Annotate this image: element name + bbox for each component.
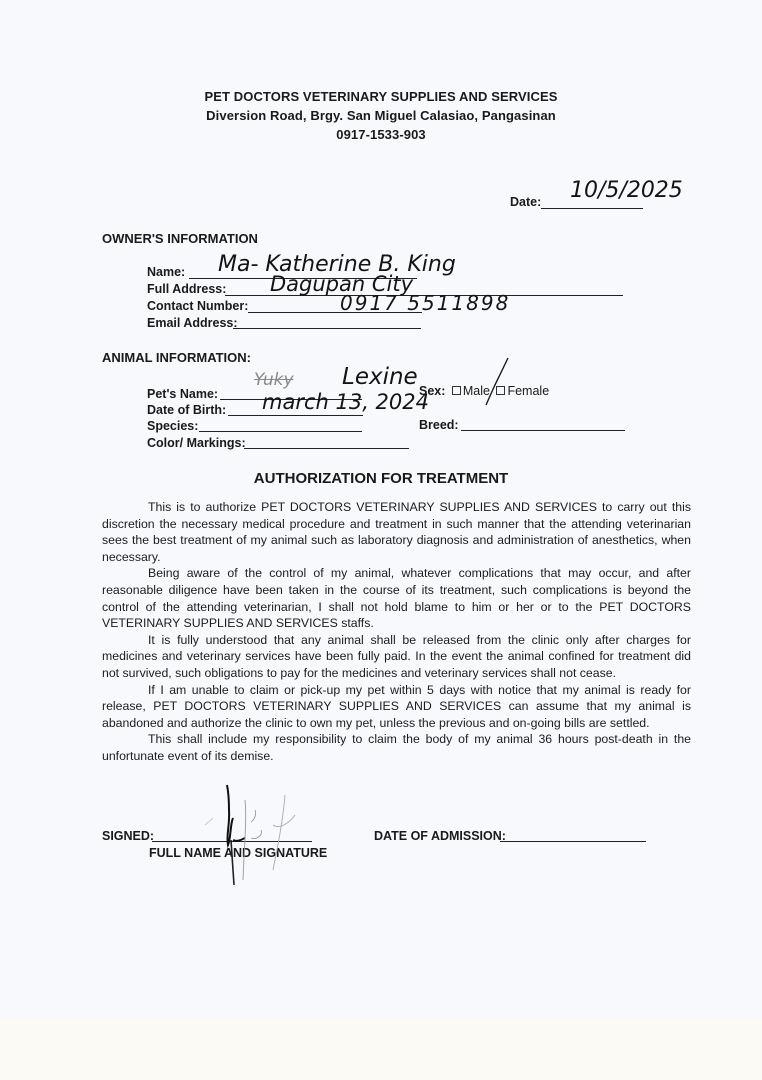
admission-label: DATE OF ADMISSION: (374, 829, 506, 843)
pets-name-value: Lexine (342, 366, 418, 389)
clinic-name: PET DOCTORS VETERINARY SUPPLIES AND SERV… (0, 89, 762, 104)
contact-label: Contact Number: (147, 299, 248, 313)
clinic-phone: 0917-1533-903 (0, 127, 762, 142)
pets-name-crossed-out: Yuky (254, 372, 294, 389)
signed-label: SIGNED: (102, 829, 154, 843)
dob-field-line[interactable] (228, 415, 363, 416)
email-field-line[interactable] (233, 328, 421, 329)
authorization-paragraph: This shall include my responsibility to … (102, 731, 691, 764)
email-label: Email Address: (147, 316, 238, 330)
admission-field-line[interactable] (500, 841, 646, 842)
color-markings-field-line[interactable] (244, 448, 409, 449)
species-field-line[interactable] (199, 431, 362, 432)
authorization-body: This is to authorize PET DOCTORS VETERIN… (102, 499, 691, 765)
owner-contact-value: 0917 5511898 (340, 293, 510, 313)
breed-label: Breed: (419, 418, 459, 432)
dob-label: Date of Birth: (147, 403, 226, 417)
pets-name-label: Pet's Name: (147, 387, 218, 401)
date-field-line[interactable] (541, 208, 643, 209)
color-markings-label: Color/ Markings: (147, 436, 246, 450)
dob-value: march 13, 2024 (262, 392, 429, 413)
authorization-title: AUTHORIZATION FOR TREATMENT (0, 470, 762, 487)
date-value: 10/5/2025 (570, 180, 683, 202)
male-checkbox[interactable] (452, 386, 461, 395)
clinic-address: Diversion Road, Brgy. San Miguel Calasia… (0, 108, 762, 123)
owner-info-title: OWNER'S INFORMATION (102, 231, 258, 246)
female-check-mark (470, 355, 520, 415)
address-label: Full Address: (147, 282, 226, 296)
authorization-paragraph: Being aware of the control of my animal,… (102, 565, 691, 631)
animal-info-title: ANIMAL INFORMATION: (102, 350, 251, 365)
authorization-paragraph: If I am unable to claim or pick-up my pe… (102, 682, 691, 732)
breed-field-line[interactable] (461, 430, 625, 431)
signature-mark (195, 780, 315, 890)
species-label: Species: (147, 419, 198, 433)
name-label: Name: (147, 265, 185, 279)
scan-background (0, 1018, 762, 1080)
authorization-paragraph: It is fully understood that any animal s… (102, 632, 691, 682)
sex-label: Sex: (419, 384, 445, 398)
authorization-paragraph: This is to authorize PET DOCTORS VETERIN… (102, 499, 691, 565)
date-label: Date: (510, 195, 541, 209)
